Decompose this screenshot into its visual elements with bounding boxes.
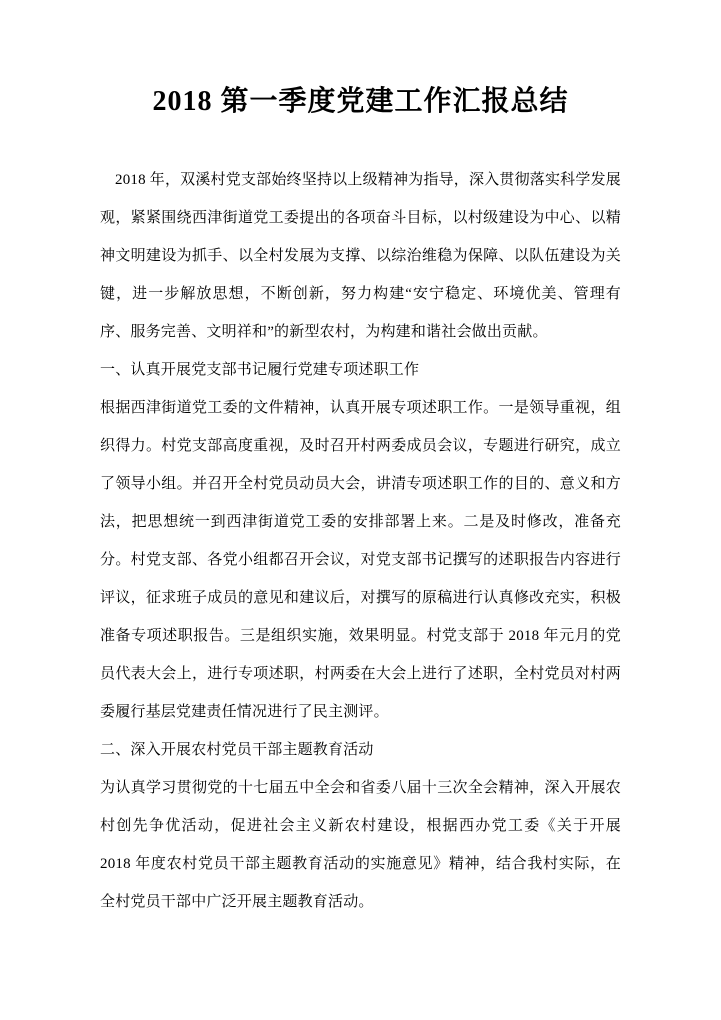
document-body: 2018 年，双溪村党支部始终坚持以上级精神为指导，深入贯彻落实科学发展观，紧紧… bbox=[100, 161, 621, 921]
section-heading-1: 一、认真开展党支部书记履行党建专项述职工作 bbox=[100, 351, 621, 389]
paragraph-section-2: 为认真学习贯彻党的十七届五中全会和省委八届十三次全会精神，深入开展农村创先争优活… bbox=[100, 769, 621, 921]
paragraph-section-1: 根据西津街道党工委的文件精神，认真开展专项述职工作。一是领导重视，组织得力。村党… bbox=[100, 389, 621, 731]
document-page: 2018 第一季度党建工作汇报总结 2018 年，双溪村党支部始终坚持以上级精神… bbox=[0, 0, 721, 1020]
document-title: 2018 第一季度党建工作汇报总结 bbox=[100, 0, 621, 119]
paragraph-intro: 2018 年，双溪村党支部始终坚持以上级精神为指导，深入贯彻落实科学发展观，紧紧… bbox=[100, 161, 621, 351]
section-heading-2: 二、深入开展农村党员干部主题教育活动 bbox=[100, 731, 621, 769]
